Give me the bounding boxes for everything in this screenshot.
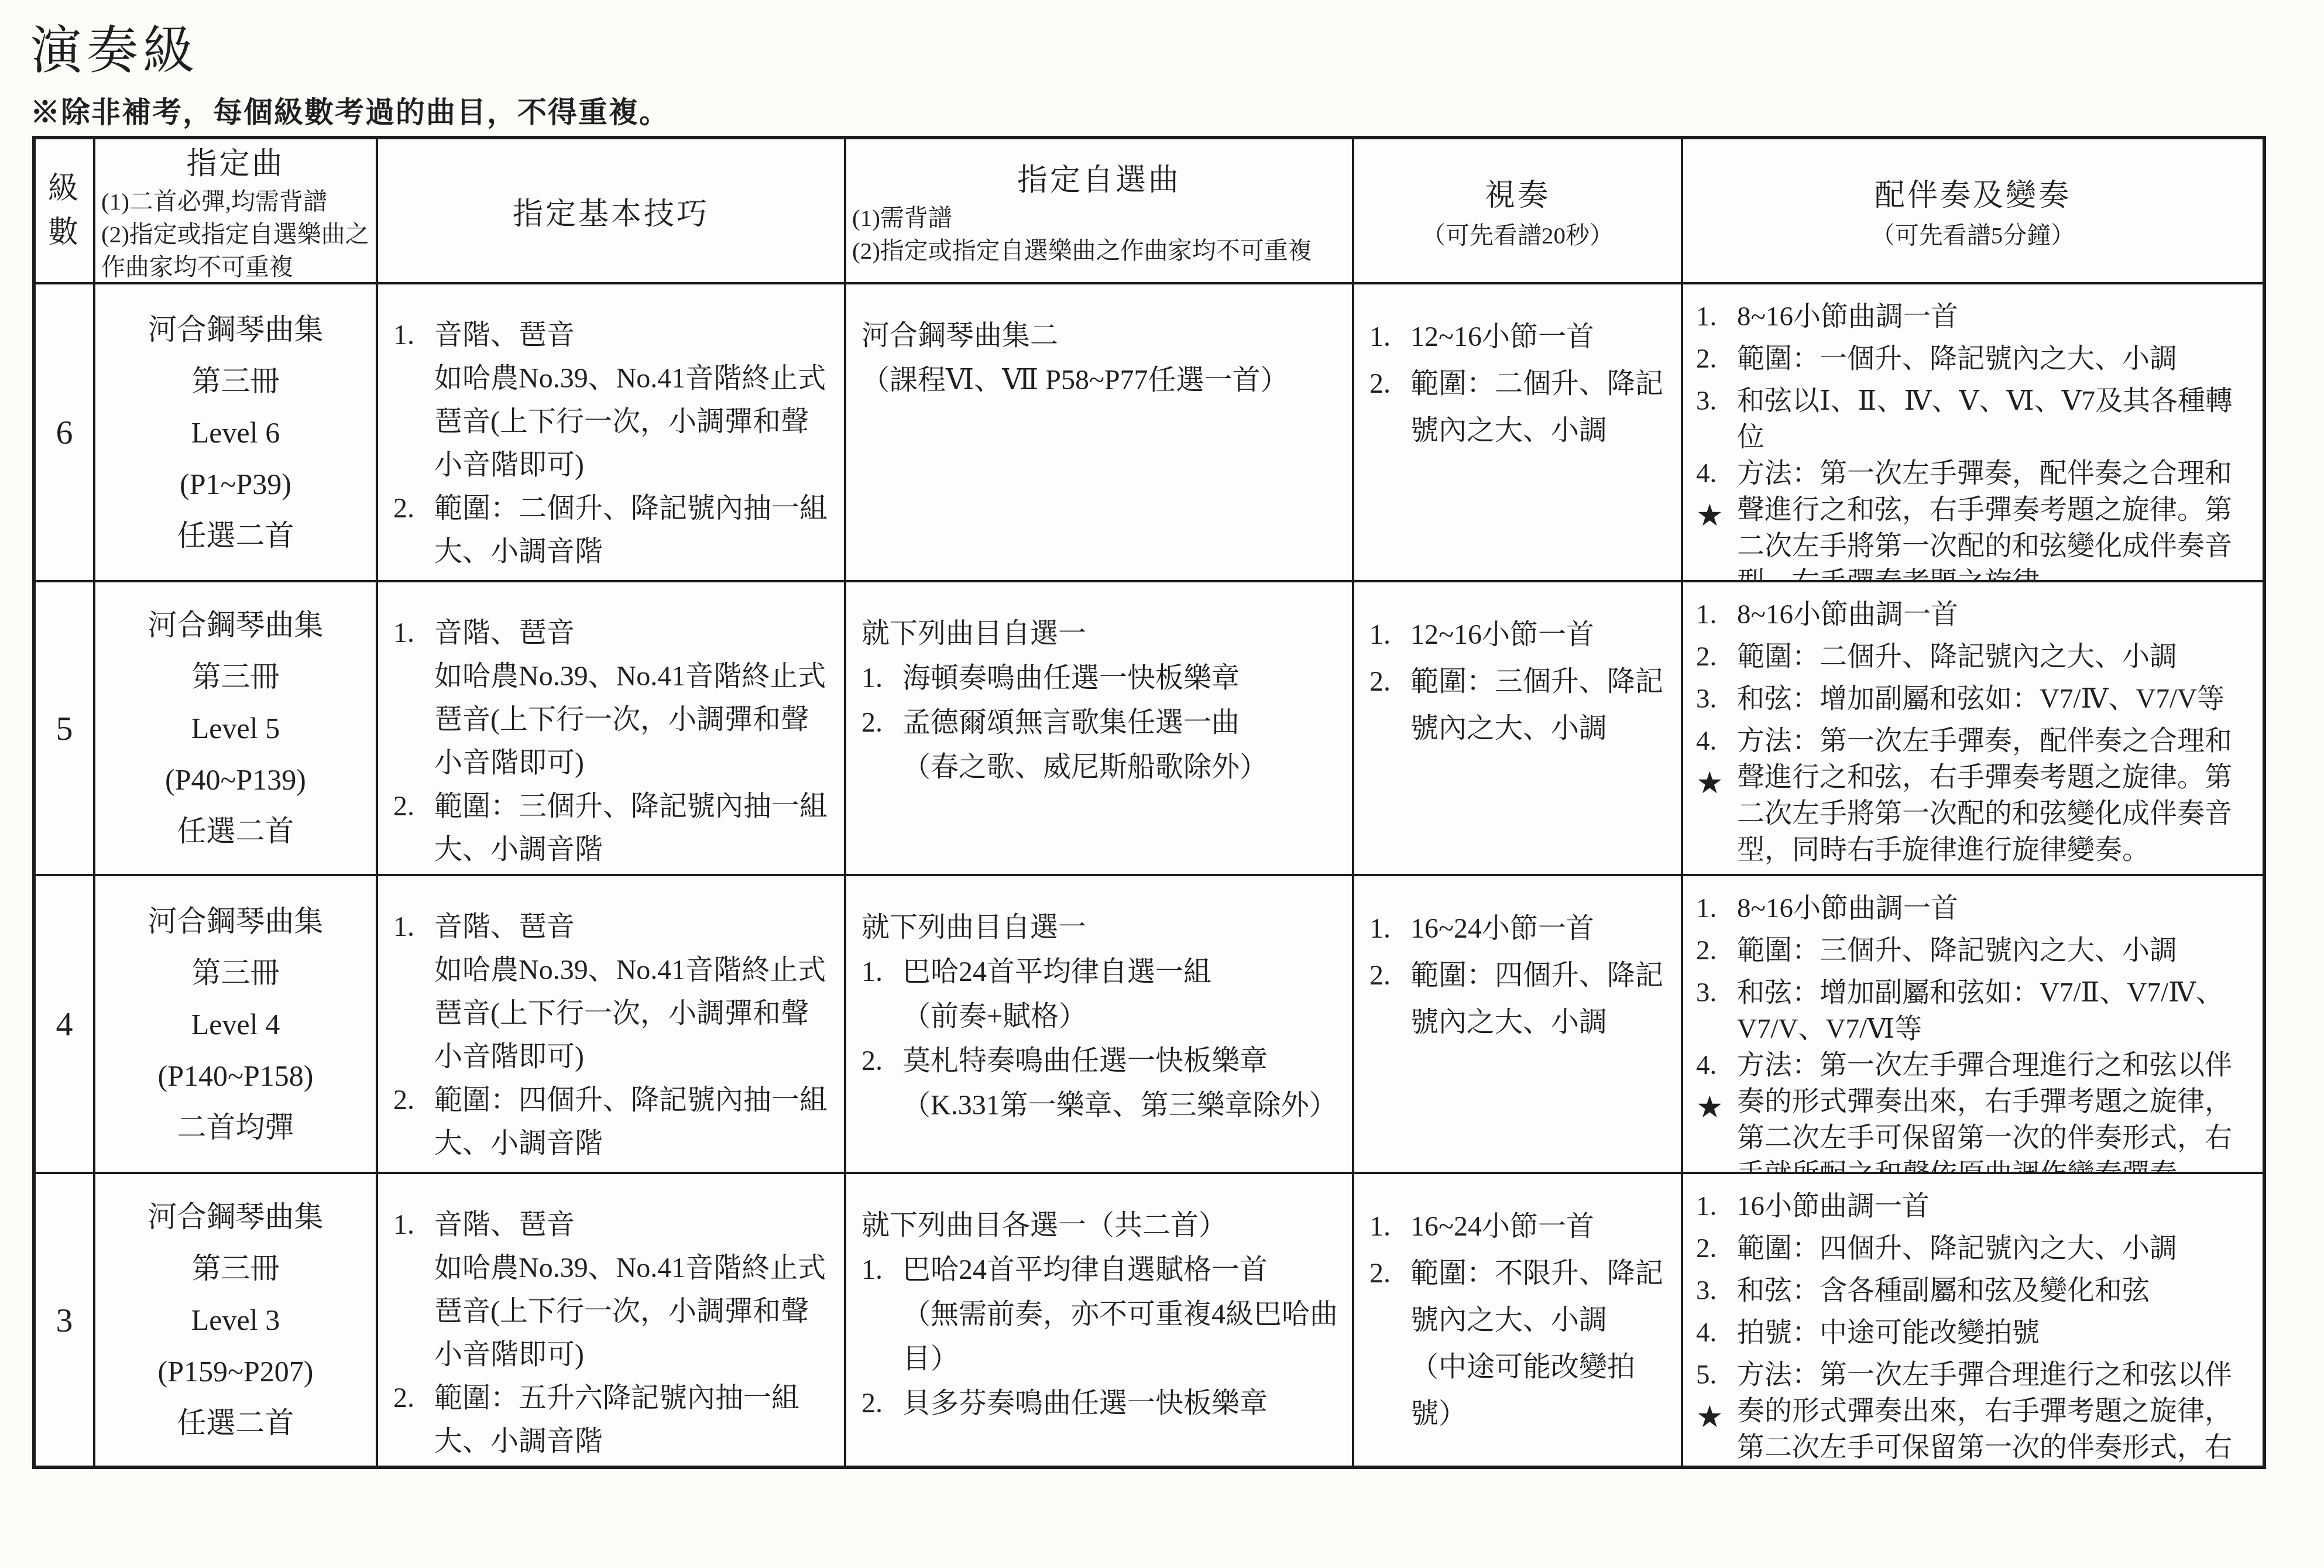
- header-technique-title: 指定基本技巧: [513, 189, 709, 233]
- star-icon: ★: [1696, 765, 1737, 801]
- list-item: 2.範圍：四個升、降記號內抽一組大、小調音階: [393, 1079, 833, 1165]
- cell-intro: 河合鋼琴曲集二 （課程Ⅵ、Ⅶ P58~P77任選一首）: [861, 314, 1344, 403]
- technique-cell: 1.音階、琶音 如哈農No.39、No.41音階終止式琶音(上下行一次，小調彈和…: [378, 284, 846, 582]
- item-number: 2.: [1369, 361, 1410, 454]
- list-item: 1.12~16小節一首: [1369, 612, 1674, 658]
- item-number: 2.: [1369, 658, 1410, 752]
- list-item: 3.和弦：增加副屬和弦如：V7/Ⅱ、V7/Ⅳ、V7/V、V7/Ⅵ等: [1696, 975, 2254, 1047]
- list-item: 3.和弦：增加副屬和弦如：V7/Ⅳ、V7/V等: [1696, 681, 2254, 723]
- self-selected-cell: 就下列曲目自選一 1.海頓奏鳴曲任選一快板樂章 2.孟德爾頌無言歌集任選一曲 （…: [846, 582, 1354, 876]
- list-item: 1.8~16小節曲調一首: [1696, 596, 2254, 639]
- item-text: 8~16小節曲調一首: [1737, 596, 2254, 639]
- designated-piece-cell: 河合鋼琴曲集 第三冊 Level 5 (P40~P139) 任選二首: [95, 582, 378, 876]
- item-text: 範圍：二個升、降記號內之大、小調: [1737, 639, 2254, 681]
- item-number: 1.: [1696, 298, 1737, 335]
- header-self-sub: (1)需背譜 (2)指定或指定自選樂曲之作曲家均不可重複: [852, 201, 1312, 267]
- header-designated: 指定曲 (1)二首必彈,均需背譜 (2)指定或指定自選樂曲之作曲家均不可重複: [95, 139, 378, 284]
- list-item: 2.莫札特奏鳴曲任選一快板樂章 （K.331第一樂章、第三樂章除外）: [861, 1039, 1344, 1128]
- list-item: 2.範圍：四個升、降記號內之大、小調: [1696, 1230, 2254, 1272]
- header-self-title: 指定自選曲: [1017, 155, 1181, 199]
- list-item: 1.16~24小節一首: [1369, 1203, 1674, 1250]
- exam-requirements-table: 級數 指定曲 (1)二首必彈,均需背譜 (2)指定或指定自選樂曲之作曲家均不可重…: [32, 136, 2266, 1469]
- item-number: 2.: [393, 487, 434, 574]
- item-number: 2.: [393, 1079, 434, 1165]
- item-number: 1.: [861, 656, 902, 701]
- item-number: 2.: [393, 1377, 434, 1463]
- list-item: 2.孟德爾頌無言歌集任選一曲 （春之歌、威尼斯船歌除外）: [861, 701, 1344, 790]
- item-text: 和弦以Ⅰ、Ⅱ、Ⅳ、Ⅴ、Ⅵ、Ⅴ7及其各種轉位: [1737, 383, 2254, 455]
- list-item: 4.★方法：第一次左手彈奏，配伴奏之合理和聲進行之和弦，右手彈奏考題之旋律。第二…: [1696, 723, 2254, 868]
- item-number: 2.: [861, 1381, 902, 1426]
- item-number: 1.: [1369, 612, 1410, 658]
- item-text: 方法：第一次左手彈合理進行之和弦以伴奏的形式彈奏出來，右手彈考題之旋律，第二次左…: [1737, 1047, 2254, 1174]
- item-text: 12~16小節一首: [1410, 612, 1674, 658]
- list-item: 1.音階、琶音 如哈農No.39、No.41音階終止式琶音(上下行一次，小調彈和…: [393, 612, 833, 785]
- item-number: 2.: [861, 1039, 902, 1128]
- header-level-label: 級數: [47, 167, 82, 255]
- item-text: 範圍：四個升、降記號內之大、小調: [1410, 952, 1674, 1046]
- header-technique: 指定基本技巧: [378, 139, 846, 284]
- list-item: 2.範圍：五升六降記號內抽一組大、小調音階: [393, 1377, 833, 1463]
- item-number: 1.: [1696, 890, 1737, 927]
- item-text: 巴哈24首平均律自選賦格一首 （無需前奏，亦不可重複4級巴哈曲目）: [902, 1248, 1344, 1381]
- technique-cell: 1.音階、琶音 如哈農No.39、No.41音階終止式琶音(上下行一次，小調彈和…: [378, 582, 846, 876]
- self-selected-cell: 就下列曲目各選一（共二首） 1.巴哈24首平均律自選賦格一首 （無需前奏，亦不可…: [846, 1174, 1354, 1466]
- item-text: 範圍：二個升、降記號內抽一組大、小調音階: [434, 487, 833, 574]
- item-number: 1.: [1696, 1188, 1737, 1224]
- item-text: 12~16小節一首: [1410, 314, 1674, 361]
- item-text: 範圍：三個升、降記號內之大、小調: [1410, 658, 1674, 752]
- item-number: 1.: [1369, 314, 1410, 361]
- technique-cell: 1.音階、琶音 如哈農No.39、No.41音階終止式琶音(上下行一次，小調彈和…: [378, 1174, 846, 1466]
- self-selected-cell: 就下列曲目自選一 1.巴哈24首平均律自選一組 （前奏+賦格） 2.莫札特奏鳴曲…: [846, 876, 1354, 1174]
- header-sight-reading: 視奏 （可先看譜20秒）: [1354, 139, 1683, 284]
- item-text: 範圍：五升六降記號內抽一組大、小調音階: [434, 1377, 833, 1463]
- header-sight-title: 視奏: [1485, 170, 1550, 214]
- list-item: 4.★方法：第一次左手彈奏，配伴奏之合理和聲進行之和弦，右手彈奏考題之旋律。第二…: [1696, 455, 2254, 582]
- list-item: 2.範圍：不限升、降記號內之大、小調 （中途可能改變拍號）: [1369, 1250, 1674, 1437]
- accompaniment-cell: 1.8~16小節曲調一首 2.範圍：三個升、降記號內之大、小調 3.和弦：增加副…: [1683, 876, 2263, 1174]
- item-number: 2.: [1696, 341, 1737, 377]
- header-accomp-sub: （可先看譜5分鐘）: [1871, 219, 2075, 252]
- item-text: 音階、琶音 如哈農No.39、No.41音階終止式琶音(上下行一次，小調彈和聲小…: [434, 1203, 833, 1377]
- page-title: 演奏級: [30, 9, 199, 83]
- designated-piece-cell: 河合鋼琴曲集 第三冊 Level 4 (P140~P158) 二首均彈: [95, 876, 378, 1174]
- cell-intro: 就下列曲目自選一: [861, 612, 1344, 656]
- sight-reading-cell: 1.16~24小節一首 2.範圍：四個升、降記號內之大、小調: [1354, 876, 1683, 1174]
- item-text: 海頓奏鳴曲任選一快板樂章: [902, 656, 1344, 701]
- list-item: 3.和弦以Ⅰ、Ⅱ、Ⅳ、Ⅴ、Ⅵ、Ⅴ7及其各種轉位: [1696, 383, 2254, 455]
- list-item: 2.範圍：三個升、降記號內抽一組大、小調音階: [393, 785, 833, 872]
- header-level: 級數: [36, 139, 95, 284]
- item-number: 4.: [1696, 723, 1737, 759]
- item-number: 1.: [393, 314, 434, 487]
- item-number: 4.: [1696, 1315, 1737, 1351]
- accompaniment-cell: 1.16小節曲調一首 2.範圍：四個升、降記號內之大、小調 3.和弦：含各種副屬…: [1683, 1174, 2263, 1466]
- list-item: 4.拍號：中途可能改變拍號: [1696, 1315, 2254, 1357]
- item-text: 莫札特奏鳴曲任選一快板樂章 （K.331第一樂章、第三樂章除外）: [902, 1039, 1344, 1128]
- list-item: 2.範圍：三個升、降記號內之大、小調: [1369, 658, 1674, 752]
- technique-cell: 1.音階、琶音 如哈農No.39、No.41音階終止式琶音(上下行一次，小調彈和…: [378, 876, 846, 1174]
- item-text: 和弦：增加副屬和弦如：V7/Ⅱ、V7/Ⅳ、V7/V、V7/Ⅵ等: [1737, 975, 2254, 1047]
- item-text: 8~16小節曲調一首: [1737, 890, 2254, 932]
- item-number: 4.: [1696, 455, 1737, 492]
- star-icon: ★: [1696, 497, 1737, 534]
- item-number: 1.: [393, 612, 434, 785]
- list-item: 4.★方法：第一次左手彈合理進行之和弦以伴奏的形式彈奏出來，右手彈考題之旋律，第…: [1696, 1047, 2254, 1174]
- star-icon: ★: [1696, 1089, 1737, 1126]
- header-accompaniment: 配伴奏及變奏 （可先看譜5分鐘）: [1683, 139, 2263, 284]
- level-number: 5: [56, 709, 73, 748]
- item-text: 範圍：三個升、降記號內抽一組大、小調音階: [434, 785, 833, 872]
- cell-intro: 就下列曲目自選一: [861, 905, 1344, 950]
- item-text: 拍號：中途可能改變拍號: [1737, 1315, 2254, 1357]
- header-designated-sub: (1)二首必彈,均需背譜 (2)指定或指定自選樂曲之作曲家均不可重複: [101, 185, 370, 283]
- list-item: 2.範圍：二個升、降記號內之大、小調: [1696, 639, 2254, 681]
- item-number: 3.: [1696, 383, 1737, 419]
- page-note: ※除非補考，每個級數考過的曲目，不得重複。: [30, 89, 670, 131]
- accompaniment-cell: 1.8~16小節曲調一首 2.範圍：一個升、降記號內之大、小調 3.和弦以Ⅰ、Ⅱ…: [1683, 284, 2263, 582]
- item-text: 範圍：四個升、降記號內抽一組大、小調音階: [434, 1079, 833, 1165]
- designated-piece-cell: 河合鋼琴曲集 第三冊 Level 3 (P159~P207) 任選二首: [95, 1174, 378, 1466]
- header-self-selected: 指定自選曲 (1)需背譜 (2)指定或指定自選樂曲之作曲家均不可重複: [846, 139, 1354, 284]
- item-text: 和弦：含各種副屬和弦及變化和弦: [1737, 1272, 2254, 1315]
- item-text: 16小節曲調一首: [1737, 1188, 2254, 1230]
- list-item: 1.12~16小節一首: [1369, 314, 1674, 361]
- item-text: 音階、琶音 如哈農No.39、No.41音階終止式琶音(上下行一次，小調彈和聲小…: [434, 612, 833, 785]
- item-text: 方法：第一次左手彈合理進行之和弦以伴奏的形式彈奏出來，右手彈考題之旋律，第二次左…: [1737, 1357, 2254, 1466]
- list-item: 1.16小節曲調一首: [1696, 1188, 2254, 1230]
- accompaniment-cell: 1.8~16小節曲調一首 2.範圍：二個升、降記號內之大、小調 3.和弦：增加副…: [1683, 582, 2263, 876]
- item-number: 2.: [393, 785, 434, 872]
- item-number: 1.: [1369, 1203, 1410, 1250]
- level-number: 4: [56, 1004, 73, 1044]
- list-item: 5.★方法：第一次左手彈合理進行之和弦以伴奏的形式彈奏出來，右手彈考題之旋律，第…: [1696, 1357, 2254, 1466]
- item-text: 範圍：二個升、降記號內之大、小調: [1410, 361, 1674, 454]
- sight-reading-cell: 1.12~16小節一首 2.範圍：三個升、降記號內之大、小調: [1354, 582, 1683, 876]
- list-item: 2.貝多芬奏鳴曲任選一快板樂章: [861, 1381, 1344, 1426]
- item-number: 2.: [1369, 1250, 1410, 1437]
- item-number: 4.: [1696, 1047, 1737, 1083]
- level-cell: 4: [36, 876, 95, 1174]
- item-text: 範圍：四個升、降記號內之大、小調: [1737, 1230, 2254, 1272]
- item-text: 方法：第一次左手彈奏，配伴奏之合理和聲進行之和弦，右手彈奏考題之旋律。第二次左手…: [1737, 723, 2254, 868]
- item-text: 巴哈24首平均律自選一組 （前奏+賦格）: [902, 950, 1344, 1039]
- header-sight-sub: （可先看譜20秒）: [1422, 219, 1614, 252]
- item-number: 1.: [1369, 905, 1410, 952]
- sight-reading-cell: 1.16~24小節一首 2.範圍：不限升、降記號內之大、小調 （中途可能改變拍號…: [1354, 1174, 1683, 1466]
- item-text: 音階、琶音 如哈農No.39、No.41音階終止式琶音(上下行一次，小調彈和聲小…: [434, 314, 833, 487]
- item-number: 3.: [1696, 1272, 1737, 1309]
- list-item: 3.和弦：含各種副屬和弦及變化和弦: [1696, 1272, 2254, 1315]
- designated-piece-cell: 河合鋼琴曲集 第三冊 Level 6 (P1~P39) 任選二首: [95, 284, 378, 582]
- list-item: 2.範圍：四個升、降記號內之大、小調: [1369, 952, 1674, 1046]
- item-number: 2.: [1369, 952, 1410, 1046]
- header-designated-title: 指定曲: [186, 139, 284, 183]
- item-number: 1.: [393, 905, 434, 1079]
- list-item: 1.音階、琶音 如哈農No.39、No.41音階終止式琶音(上下行一次，小調彈和…: [393, 905, 833, 1079]
- item-number: 2.: [861, 701, 902, 790]
- level-number: 6: [56, 413, 73, 452]
- item-number: 5.: [1696, 1357, 1737, 1393]
- item-text: 範圍：三個升、降記號內之大、小調: [1737, 932, 2254, 975]
- list-item: 2.範圍：一個升、降記號內之大、小調: [1696, 341, 2254, 383]
- item-text: 範圍：一個升、降記號內之大、小調: [1737, 341, 2254, 383]
- item-text: 範圍：不限升、降記號內之大、小調 （中途可能改變拍號）: [1410, 1250, 1674, 1437]
- cell-intro: 就下列曲目各選一（共二首）: [861, 1203, 1344, 1248]
- item-text: 方法：第一次左手彈奏，配伴奏之合理和聲進行之和弦，右手彈奏考題之旋律。第二次左手…: [1737, 455, 2254, 582]
- item-number: 2.: [1696, 639, 1737, 675]
- list-item: 2.範圍：二個升、降記號內抽一組大、小調音階: [393, 487, 833, 574]
- list-item: 1.音階、琶音 如哈農No.39、No.41音階終止式琶音(上下行一次，小調彈和…: [393, 1203, 833, 1377]
- list-item: 1.16~24小節一首: [1369, 905, 1674, 952]
- level-cell: 3: [36, 1174, 95, 1466]
- header-accomp-title: 配伴奏及變奏: [1875, 170, 2071, 214]
- level-cell: 6: [36, 284, 95, 582]
- sight-reading-cell: 1.12~16小節一首 2.範圍：二個升、降記號內之大、小調: [1354, 284, 1683, 582]
- item-text: 16~24小節一首: [1410, 905, 1674, 952]
- item-number: 3.: [1696, 975, 1737, 1011]
- list-item: 1.海頓奏鳴曲任選一快板樂章: [861, 656, 1344, 701]
- item-text: 音階、琶音 如哈農No.39、No.41音階終止式琶音(上下行一次，小調彈和聲小…: [434, 905, 833, 1079]
- item-number: 1.: [861, 1248, 902, 1381]
- self-selected-cell: 河合鋼琴曲集二 （課程Ⅵ、Ⅶ P58~P77任選一首）: [846, 284, 1354, 582]
- list-item: 2.範圍：三個升、降記號內之大、小調: [1696, 932, 2254, 975]
- item-text: 16~24小節一首: [1410, 1203, 1674, 1250]
- item-number: 1.: [861, 950, 902, 1039]
- level-cell: 5: [36, 582, 95, 876]
- item-number: 1.: [393, 1203, 434, 1377]
- item-text: 和弦：增加副屬和弦如：V7/Ⅳ、V7/V等: [1737, 681, 2254, 723]
- item-text: 8~16小節曲調一首: [1737, 298, 2254, 341]
- list-item: 1.音階、琶音 如哈農No.39、No.41音階終止式琶音(上下行一次，小調彈和…: [393, 314, 833, 487]
- item-number: 2.: [1696, 1230, 1737, 1267]
- item-number: 3.: [1696, 681, 1737, 717]
- item-text: 貝多芬奏鳴曲任選一快板樂章: [902, 1381, 1344, 1426]
- list-item: 2.範圍：二個升、降記號內之大、小調: [1369, 361, 1674, 454]
- item-number: 1.: [1696, 596, 1737, 633]
- star-icon: ★: [1696, 1399, 1737, 1435]
- level-number: 3: [56, 1301, 73, 1340]
- item-text: 孟德爾頌無言歌集任選一曲 （春之歌、威尼斯船歌除外）: [902, 701, 1344, 790]
- item-number: 2.: [1696, 932, 1737, 969]
- list-item: 1.巴哈24首平均律自選一組 （前奏+賦格）: [861, 950, 1344, 1039]
- list-item: 1.8~16小節曲調一首: [1696, 298, 2254, 341]
- list-item: 1.8~16小節曲調一首: [1696, 890, 2254, 932]
- list-item: 1.巴哈24首平均律自選賦格一首 （無需前奏，亦不可重複4級巴哈曲目）: [861, 1248, 1344, 1381]
